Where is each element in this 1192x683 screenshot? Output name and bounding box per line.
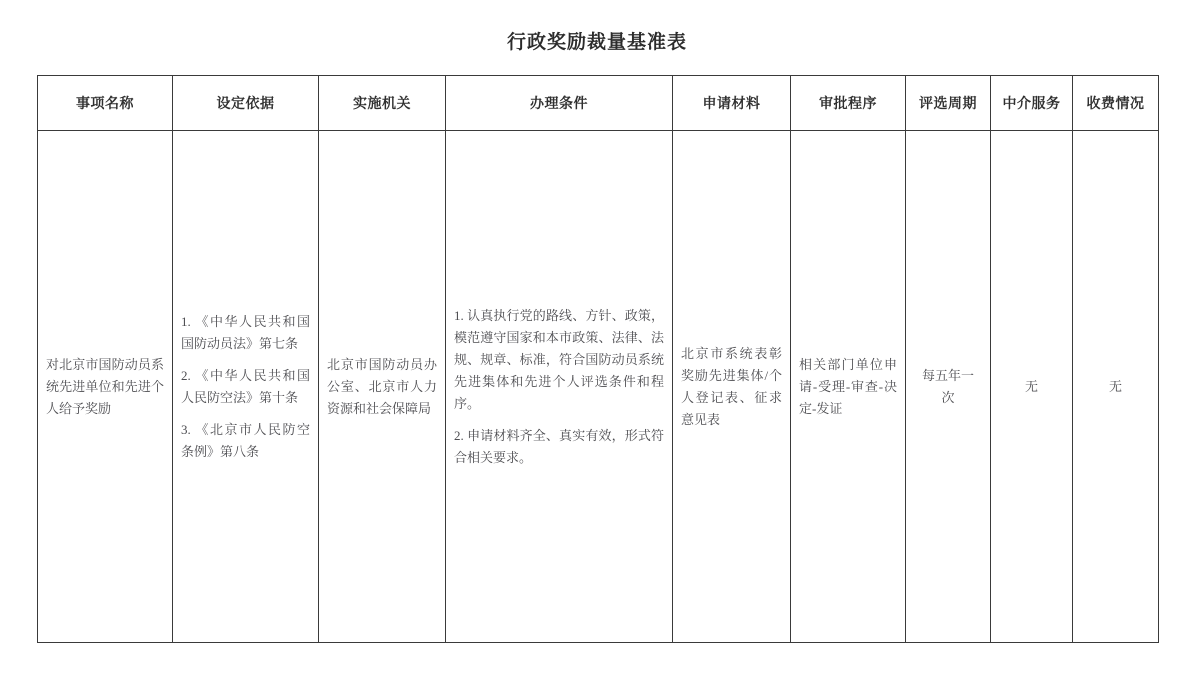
cell-legal-basis: 1. 《中华人民共和国国防动员法》第七条 2. 《中华人民共和国人民防空法》第十…: [173, 131, 319, 643]
condition-item: 2. 申请材料齐全、真实有效，形式符合相关要求。: [454, 425, 664, 469]
column-header-legal-basis: 设定依据: [173, 76, 319, 131]
cell-item-name: 对北京市国防动员系统先进单位和先进个人给予奖励: [38, 131, 173, 643]
cell-cycle: 每五年一次: [906, 131, 991, 643]
cell-procedure: 相关部门单位申请-受理-审查-决定-发证: [791, 131, 906, 643]
column-header-conditions: 办理条件: [446, 76, 673, 131]
column-header-materials: 申请材料: [673, 76, 791, 131]
condition-item: 1. 认真执行党的路线、方针、政策，模范遵守国家和本市政策、法律、法规、规章、标…: [454, 305, 664, 415]
legal-basis-item: 3. 《北京市人民防空条例》第八条: [181, 419, 310, 463]
page-title: 行政奖励裁量基准表: [36, 27, 1158, 54]
cell-implementing-agency: 北京市国防动员办公室、北京市人力资源和社会保障局: [319, 131, 446, 643]
legal-basis-item: 1. 《中华人民共和国国防动员法》第七条: [181, 311, 310, 355]
column-header-procedure: 审批程序: [791, 76, 906, 131]
column-header-cycle: 评选周期: [906, 76, 991, 131]
cell-conditions: 1. 认真执行党的路线、方针、政策，模范遵守国家和本市政策、法律、法规、规章、标…: [446, 131, 673, 643]
column-header-fees: 收费情况: [1073, 76, 1159, 131]
cell-intermediary-service: 无: [991, 131, 1073, 643]
header-row: 事项名称 设定依据 实施机关 办理条件 申请材料 审批程序 评选周期 中介服务 …: [38, 76, 1159, 131]
cell-materials: 北京市系统表彰奖励先进集体/个人登记表、征求意见表: [673, 131, 791, 643]
column-header-item-name: 事项名称: [38, 76, 173, 131]
benchmark-table: 事项名称 设定依据 实施机关 办理条件 申请材料 审批程序 评选周期 中介服务 …: [37, 75, 1159, 643]
table-row: 对北京市国防动员系统先进单位和先进个人给予奖励 1. 《中华人民共和国国防动员法…: [38, 131, 1159, 643]
document-page: 行政奖励裁量基准表 事项名称 设定依据 实施机关 办理条件 申请材料 审批程序 …: [0, 0, 1192, 683]
column-header-implementing-agency: 实施机关: [319, 76, 446, 131]
column-header-intermediary: 中介服务: [991, 76, 1073, 131]
legal-basis-item: 2. 《中华人民共和国人民防空法》第十条: [181, 365, 310, 409]
cell-fees: 无: [1073, 131, 1159, 643]
